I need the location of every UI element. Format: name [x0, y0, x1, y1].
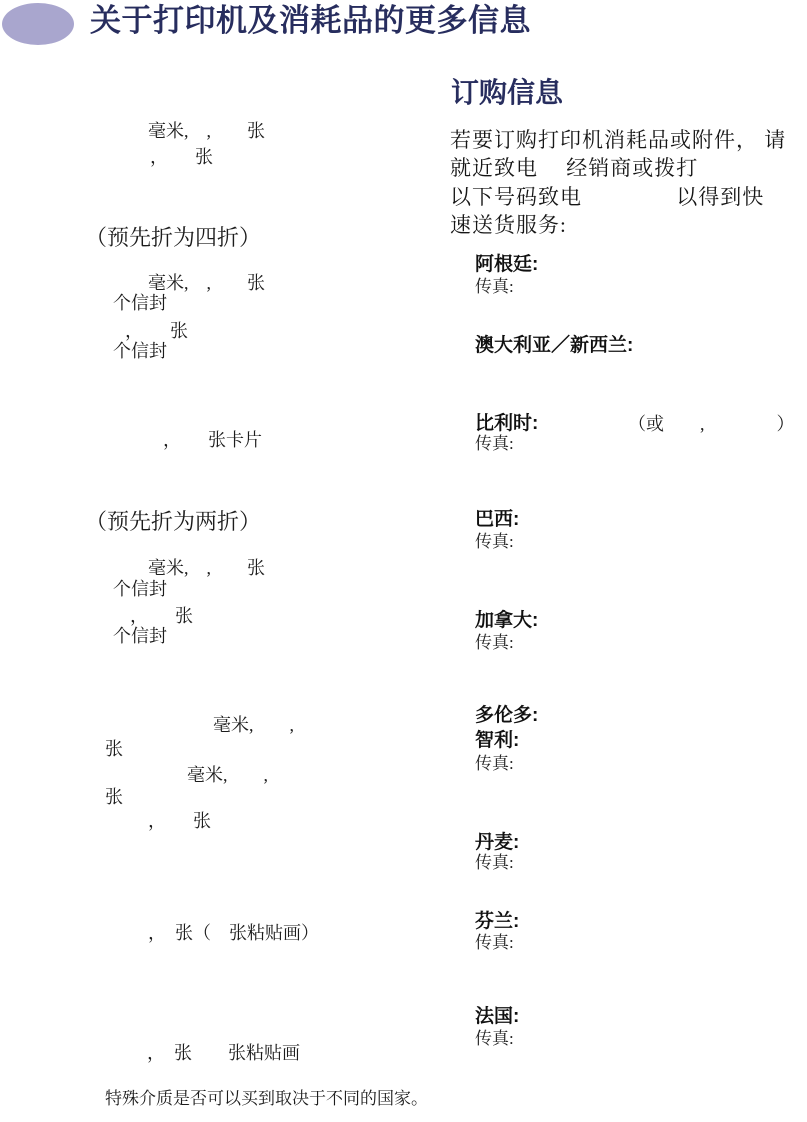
spec-subheading-quarter-fold: （预先折为四折） [85, 225, 261, 251]
spec-line: 毫米, , [213, 715, 294, 736]
order-intro-line: 速送货服务: [450, 212, 567, 238]
fax-label: 传真: [475, 933, 514, 953]
country-label-chile: 智利: [475, 730, 519, 752]
header-ellipse-ornament [2, 3, 74, 45]
page-title: 关于打印机及消耗品的更多信息 [90, 3, 531, 39]
spec-line: ， 张 [148, 811, 211, 832]
country-label-argentina: 阿根廷: [475, 254, 538, 276]
spec-line: ， 张 [150, 147, 213, 168]
spec-line: ， 张 [125, 321, 188, 342]
fax-label: 传真: [475, 754, 514, 774]
country-label-belgium: 比利时: [475, 413, 538, 435]
spec-line-stickers: ， 张 张粘贴画 [147, 1043, 300, 1064]
manual-page: 关于打印机及消耗品的更多信息 毫米, , 张 ， 张 （预先折为四折） 毫米, … [0, 0, 807, 1122]
spec-line-envelopes: 个信封 [113, 293, 167, 314]
fax-label: 传真: [475, 277, 514, 297]
fax-label: 传真: [475, 1029, 514, 1049]
order-info-heading: 订购信息 [451, 76, 563, 109]
spec-line: 张 [105, 739, 123, 760]
order-intro-line: 就近致电 经销商或拨打 [450, 155, 698, 181]
spec-line-envelopes: 个信封 [113, 626, 167, 647]
order-intro-line: 以下号码致电 以得到快 [450, 184, 764, 210]
spec-line: 毫米, , 张 [148, 558, 265, 579]
spec-line: 毫米, , [187, 765, 268, 786]
country-label-brazil: 巴西: [475, 509, 519, 531]
spec-line: 毫米, , 张 [148, 121, 265, 142]
spec-line-envelopes: 个信封 [113, 579, 167, 600]
country-label-australia-nz: 澳大利亚／新西兰: [475, 335, 633, 357]
country-label-canada: 加拿大: [475, 610, 538, 632]
spec-line-envelopes: 个信封 [113, 341, 167, 362]
spec-subheading-half-fold: （预先折为两折） [85, 509, 261, 535]
fax-label: 传真: [475, 853, 514, 873]
country-label-france: 法国: [475, 1006, 519, 1028]
order-intro-line: 若要订购打印机消耗品或附件， 请 [450, 127, 786, 153]
spec-line-stickers: ， 张（ 张粘贴画） [148, 923, 319, 944]
spec-line: 毫米, , 张 [148, 273, 265, 294]
fax-label: 传真: [475, 434, 514, 454]
fax-label: 传真: [475, 633, 514, 653]
phone-alt-note: （或 , ） [628, 414, 795, 435]
spec-line: ， 张 [130, 606, 193, 627]
availability-footnote: 特殊介质是否可以买到取决于不同的国家。 [105, 1088, 428, 1109]
fax-label: 传真: [475, 532, 514, 552]
spec-line: 张 [105, 787, 123, 808]
country-label-toronto: 多伦多: [475, 705, 538, 727]
spec-line-cards: ， 张卡片 [163, 430, 262, 451]
country-label-finland: 芬兰: [475, 911, 519, 933]
country-label-denmark: 丹麦: [475, 832, 519, 854]
